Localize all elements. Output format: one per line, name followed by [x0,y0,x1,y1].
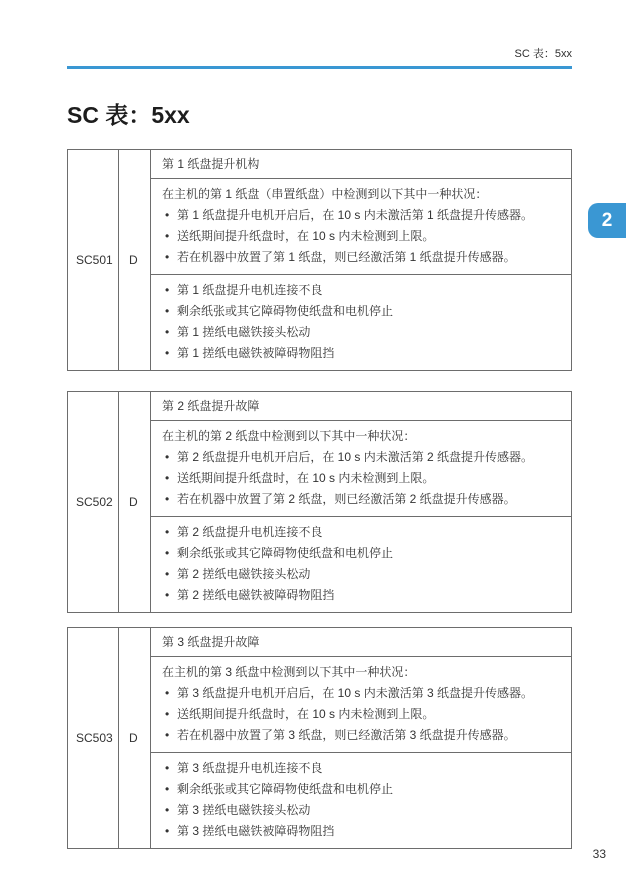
causes-cell: 第 2 纸盘提升电机连接不良 剩余纸张或其它障碍物使纸盘和电机停止 第 2 搓纸… [151,517,572,613]
sc-table-sc502: SC502 D 第 2 纸盘提升故障 在主机的第 2 纸盘中检测到以下其中一种状… [67,391,572,613]
header-rule [67,66,572,69]
cause-item: 第 3 搓纸电磁铁被障碍物阻挡 [162,821,560,842]
level-cell: D [119,628,151,849]
sc-code-cell: SC501 [68,150,119,371]
table-row: SC502 D 第 2 纸盘提升故障 [68,392,572,421]
condition-item: 送纸期间提升纸盘时，在 10 s 内未检测到上限。 [162,468,560,489]
condition-item: 第 3 纸盘提升电机开启后，在 10 s 内未激活第 3 纸盘提升传感器。 [162,683,560,704]
condition-item: 送纸期间提升纸盘时，在 10 s 内未检测到上限。 [162,226,560,247]
cause-item: 第 1 搓纸电磁铁接头松动 [162,322,560,343]
sc-code-cell: SC503 [68,628,119,849]
cause-item: 第 3 纸盘提升电机连接不良 [162,758,560,779]
detection-cell: 在主机的第 3 纸盘中检测到以下其中一种状况： 第 3 纸盘提升电机开启后，在 … [151,657,572,753]
page-number: 33 [593,847,606,861]
page-title: SC 表：5xx [67,102,572,129]
cause-item: 第 1 搓纸电磁铁被障碍物阻挡 [162,343,560,364]
level-cell: D [119,150,151,371]
cause-list: 第 2 纸盘提升电机连接不良 剩余纸张或其它障碍物使纸盘和电机停止 第 2 搓纸… [162,522,560,606]
causes-cell: 第 1 纸盘提升电机连接不良 剩余纸张或其它障碍物使纸盘和电机停止 第 1 搓纸… [151,275,572,371]
cause-item: 第 2 搓纸电磁铁接头松动 [162,564,560,585]
fault-title-cell: 第 2 纸盘提升故障 [151,392,572,421]
condition-list: 第 1 纸盘提升电机开启后，在 10 s 内未激活第 1 纸盘提升传感器。 送纸… [162,205,560,268]
condition-item: 第 1 纸盘提升电机开启后，在 10 s 内未激活第 1 纸盘提升传感器。 [162,205,560,226]
condition-item: 送纸期间提升纸盘时，在 10 s 内未检测到上限。 [162,704,560,725]
cause-item: 第 2 纸盘提升电机连接不良 [162,522,560,543]
sc-code-cell: SC502 [68,392,119,613]
condition-list: 第 3 纸盘提升电机开启后，在 10 s 内未激活第 3 纸盘提升传感器。 送纸… [162,683,560,746]
condition-item: 若在机器中放置了第 2 纸盘，则已经激活第 2 纸盘提升传感器。 [162,489,560,510]
fault-title-cell: 第 1 纸盘提升机构 [151,150,572,179]
cause-item: 剩余纸张或其它障碍物使纸盘和电机停止 [162,543,560,564]
fault-title-cell: 第 3 纸盘提升故障 [151,628,572,657]
cause-list: 第 3 纸盘提升电机连接不良 剩余纸张或其它障碍物使纸盘和电机停止 第 3 搓纸… [162,758,560,842]
cause-item: 第 3 搓纸电磁铁接头松动 [162,800,560,821]
cause-list: 第 1 纸盘提升电机连接不良 剩余纸张或其它障碍物使纸盘和电机停止 第 1 搓纸… [162,280,560,364]
level-cell: D [119,392,151,613]
chapter-tab: 2 [588,203,626,238]
detection-intro: 在主机的第 2 纸盘中检测到以下其中一种状况： [162,426,560,447]
detection-cell: 在主机的第 2 纸盘中检测到以下其中一种状况： 第 2 纸盘提升电机开启后，在 … [151,421,572,517]
detection-intro: 在主机的第 1 纸盘（串置纸盘）中检测到以下其中一种状况： [162,184,560,205]
detection-intro: 在主机的第 3 纸盘中检测到以下其中一种状况： [162,662,560,683]
table-row: SC503 D 第 3 纸盘提升故障 [68,628,572,657]
cause-item: 剩余纸张或其它障碍物使纸盘和电机停止 [162,301,560,322]
condition-item: 若在机器中放置了第 3 纸盘，则已经激活第 3 纸盘提升传感器。 [162,725,560,746]
cause-item: 剩余纸张或其它障碍物使纸盘和电机停止 [162,779,560,800]
condition-item: 若在机器中放置了第 1 纸盘，则已经激活第 1 纸盘提升传感器。 [162,247,560,268]
table-row: SC501 D 第 1 纸盘提升机构 [68,150,572,179]
cause-item: 第 2 搓纸电磁铁被障碍物阻挡 [162,585,560,606]
sc-table-sc503: SC503 D 第 3 纸盘提升故障 在主机的第 3 纸盘中检测到以下其中一种状… [67,627,572,849]
detection-cell: 在主机的第 1 纸盘（串置纸盘）中检测到以下其中一种状况： 第 1 纸盘提升电机… [151,179,572,275]
cause-item: 第 1 纸盘提升电机连接不良 [162,280,560,301]
sc-table-sc501: SC501 D 第 1 纸盘提升机构 在主机的第 1 纸盘（串置纸盘）中检测到以… [67,149,572,371]
chapter-tab-number: 2 [602,210,613,232]
running-header: SC 表：5xx [67,0,572,61]
causes-cell: 第 3 纸盘提升电机连接不良 剩余纸张或其它障碍物使纸盘和电机停止 第 3 搓纸… [151,753,572,849]
condition-item: 第 2 纸盘提升电机开启后，在 10 s 内未激活第 2 纸盘提升传感器。 [162,447,560,468]
condition-list: 第 2 纸盘提升电机开启后，在 10 s 内未激活第 2 纸盘提升传感器。 送纸… [162,447,560,510]
